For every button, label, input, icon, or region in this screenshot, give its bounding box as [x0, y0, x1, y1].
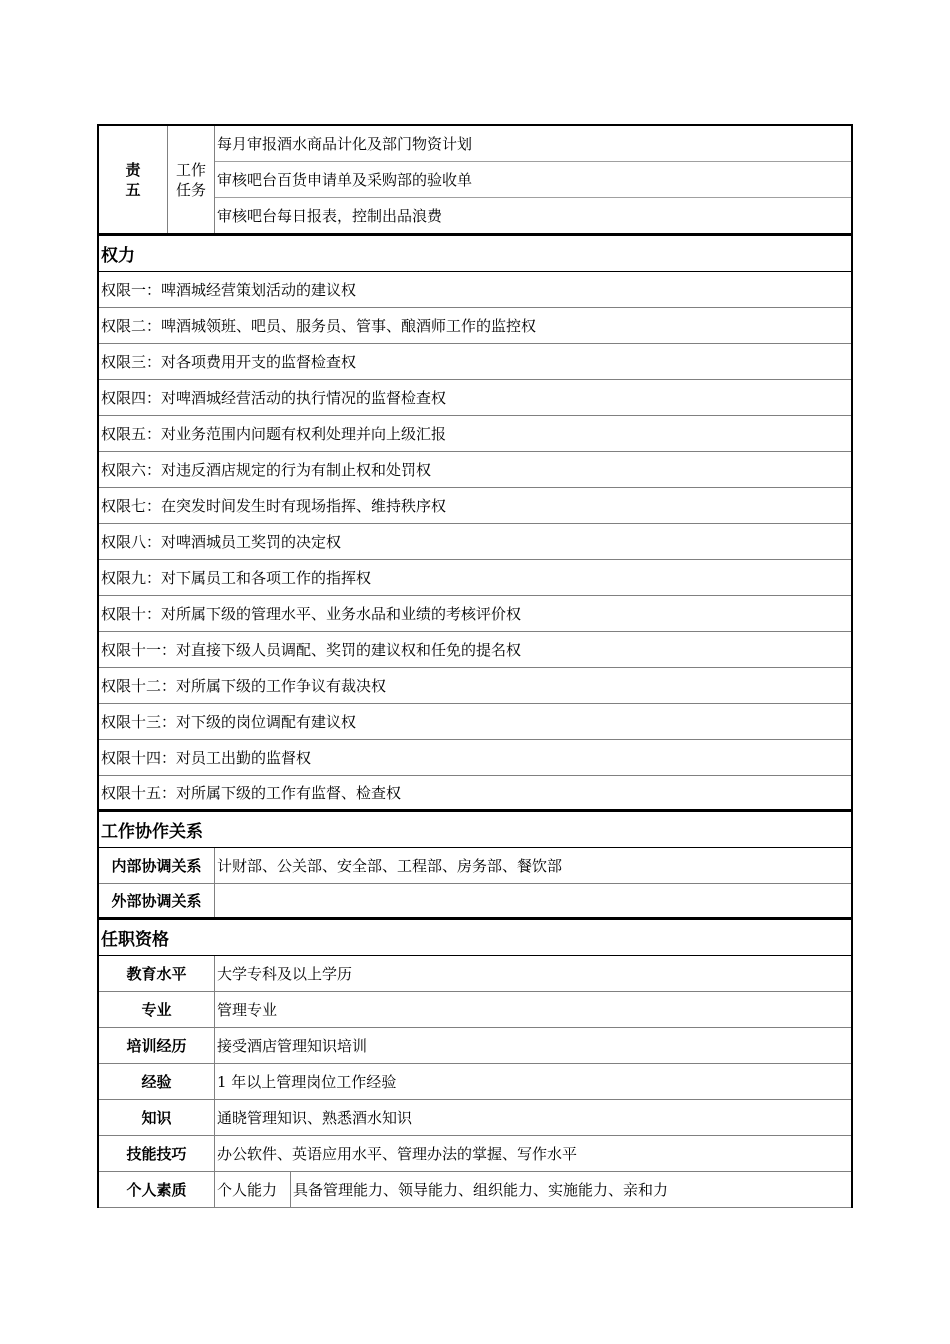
authority-text: 权限一：啤酒城经营策划活动的建议权 [99, 272, 356, 307]
authority-section-header: 权力 [99, 236, 851, 272]
task-list: 每月审报酒水商品计化及部门物资计划 审核吧台百货申请单及采购部的验收单 审核吧台… [215, 126, 851, 233]
authority-text: 权限六：对违反酒店规定的行为有制止权和处罚权 [99, 452, 431, 487]
work-task-label-line2: 任务 [176, 180, 206, 200]
authority-text: 权限十：对所属下级的管理水平、业务水品和业绩的考核评价权 [99, 596, 521, 631]
personal-quality-label: 个人素质 [99, 1172, 215, 1207]
qualification-value: 办公软件、英语应用水平、管理办法的掌握、写作水平 [215, 1136, 577, 1171]
qualification-value: 管理专业 [215, 992, 277, 1027]
authority-text: 权限十二：对所属下级的工作争议有裁决权 [99, 668, 386, 703]
qualification-value: 通晓管理知识、熟悉酒水知识 [215, 1100, 412, 1135]
authority-item: 权限三：对各项费用开支的监督检查权 [99, 344, 851, 380]
qualification-label: 经验 [99, 1064, 215, 1099]
authority-item: 权限十一：对直接下级人员调配、奖罚的建议权和任免的提名权 [99, 632, 851, 668]
work-task-label-line1: 工作 [176, 160, 206, 180]
authority-item: 权限五：对业务范围内问题有权利处理并向上级汇报 [99, 416, 851, 452]
qualification-section-header: 任职资格 [99, 920, 851, 956]
qualification-value: 1 年以上管理岗位工作经验 [215, 1064, 396, 1099]
authority-item: 权限十三：对下级的岗位调配有建议权 [99, 704, 851, 740]
external-coordination-value [215, 884, 217, 917]
qualification-row: 经验 1 年以上管理岗位工作经验 [99, 1064, 851, 1100]
qualification-label: 专业 [99, 992, 215, 1027]
qualification-label: 技能技巧 [99, 1136, 215, 1171]
qualification-row: 专业 管理专业 [99, 992, 851, 1028]
task-item: 每月审报酒水商品计化及部门物资计划 [215, 126, 851, 162]
authority-item: 权限七：在突发时间发生时有现场指挥、维持秩序权 [99, 488, 851, 524]
authority-item: 权限十二：对所属下级的工作争议有裁决权 [99, 668, 851, 704]
qualification-row: 培训经历 接受酒店管理知识培训 [99, 1028, 851, 1064]
authority-item: 权限二：啤酒城领班、吧员、服务员、管事、酿酒师工作的监控权 [99, 308, 851, 344]
authority-text: 权限十五：对所属下级的工作有监督、检查权 [99, 776, 401, 809]
qualification-label: 知识 [99, 1100, 215, 1135]
task-item: 审核吧台每日报表，控制出品浪费 [215, 198, 851, 233]
qualification-value: 接受酒店管理知识培训 [215, 1028, 367, 1063]
authority-text: 权限九：对下属员工和各项工作的指挥权 [99, 560, 371, 595]
qualification-title: 任职资格 [99, 920, 169, 955]
authority-item: 权限十四：对员工出勤的监督权 [99, 740, 851, 776]
authority-item: 权限九：对下属员工和各项工作的指挥权 [99, 560, 851, 596]
authority-text: 权限十三：对下级的岗位调配有建议权 [99, 704, 356, 739]
authority-item: 权限一：啤酒城经营策划活动的建议权 [99, 272, 851, 308]
responsibility-label-line2: 五 [125, 180, 140, 200]
authority-text: 权限三：对各项费用开支的监督检查权 [99, 344, 356, 379]
authority-text: 权限五：对业务范围内问题有权利处理并向上级汇报 [99, 416, 446, 451]
personal-quality-row: 个人素质 个人能力 具备管理能力、领导能力、组织能力、实施能力、亲和力 [99, 1172, 851, 1208]
cooperation-title: 工作协作关系 [99, 812, 203, 847]
internal-coordination-value: 计财部、公关部、安全部、工程部、房务部、餐饮部 [215, 848, 562, 883]
authority-title: 权力 [99, 236, 135, 271]
cooperation-section-header: 工作协作关系 [99, 812, 851, 848]
task-item: 审核吧台百货申请单及采购部的验收单 [215, 162, 851, 198]
external-coordination-label: 外部协调关系 [99, 884, 215, 917]
authority-item: 权限八：对啤酒城员工奖罚的决定权 [99, 524, 851, 560]
authority-text: 权限十四：对员工出勤的监督权 [99, 740, 311, 775]
responsibility-label-line1: 责 [125, 160, 140, 180]
qualification-label: 教育水平 [99, 956, 215, 991]
work-task-label: 工作 任务 [168, 126, 215, 233]
authority-item: 权限十：对所属下级的管理水平、业务水品和业绩的考核评价权 [99, 596, 851, 632]
authority-text: 权限八：对啤酒城员工奖罚的决定权 [99, 524, 341, 559]
authority-text: 权限十一：对直接下级人员调配、奖罚的建议权和任免的提名权 [99, 632, 521, 667]
authority-text: 权限七：在突发时间发生时有现场指挥、维持秩序权 [99, 488, 446, 523]
qualification-row: 教育水平 大学专科及以上学历 [99, 956, 851, 992]
authority-text: 权限四：对啤酒城经营活动的执行情况的监督检查权 [99, 380, 446, 415]
external-coordination-row: 外部协调关系 [99, 884, 851, 920]
authority-item: 权限十五：对所属下级的工作有监督、检查权 [99, 776, 851, 812]
qualification-row: 技能技巧 办公软件、英语应用水平、管理办法的掌握、写作水平 [99, 1136, 851, 1172]
authority-text: 权限二：啤酒城领班、吧员、服务员、管事、酿酒师工作的监控权 [99, 308, 536, 343]
job-description-table: 责 五 工作 任务 每月审报酒水商品计化及部门物资计划 审核吧台百货申请单及采购… [97, 124, 853, 1208]
qualification-value: 大学专科及以上学历 [215, 956, 352, 991]
personal-ability-value: 具备管理能力、领导能力、组织能力、实施能力、亲和力 [291, 1172, 668, 1207]
authority-item: 权限四：对啤酒城经营活动的执行情况的监督检查权 [99, 380, 851, 416]
qualification-label: 培训经历 [99, 1028, 215, 1063]
authority-item: 权限六：对违反酒店规定的行为有制止权和处罚权 [99, 452, 851, 488]
qualification-row: 知识 通晓管理知识、熟悉酒水知识 [99, 1100, 851, 1136]
responsibility-label: 责 五 [99, 126, 168, 233]
internal-coordination-row: 内部协调关系 计财部、公关部、安全部、工程部、房务部、餐饮部 [99, 848, 851, 884]
personal-ability-label: 个人能力 [215, 1172, 291, 1207]
internal-coordination-label: 内部协调关系 [99, 848, 215, 883]
responsibility-five-block: 责 五 工作 任务 每月审报酒水商品计化及部门物资计划 审核吧台百货申请单及采购… [99, 126, 851, 236]
